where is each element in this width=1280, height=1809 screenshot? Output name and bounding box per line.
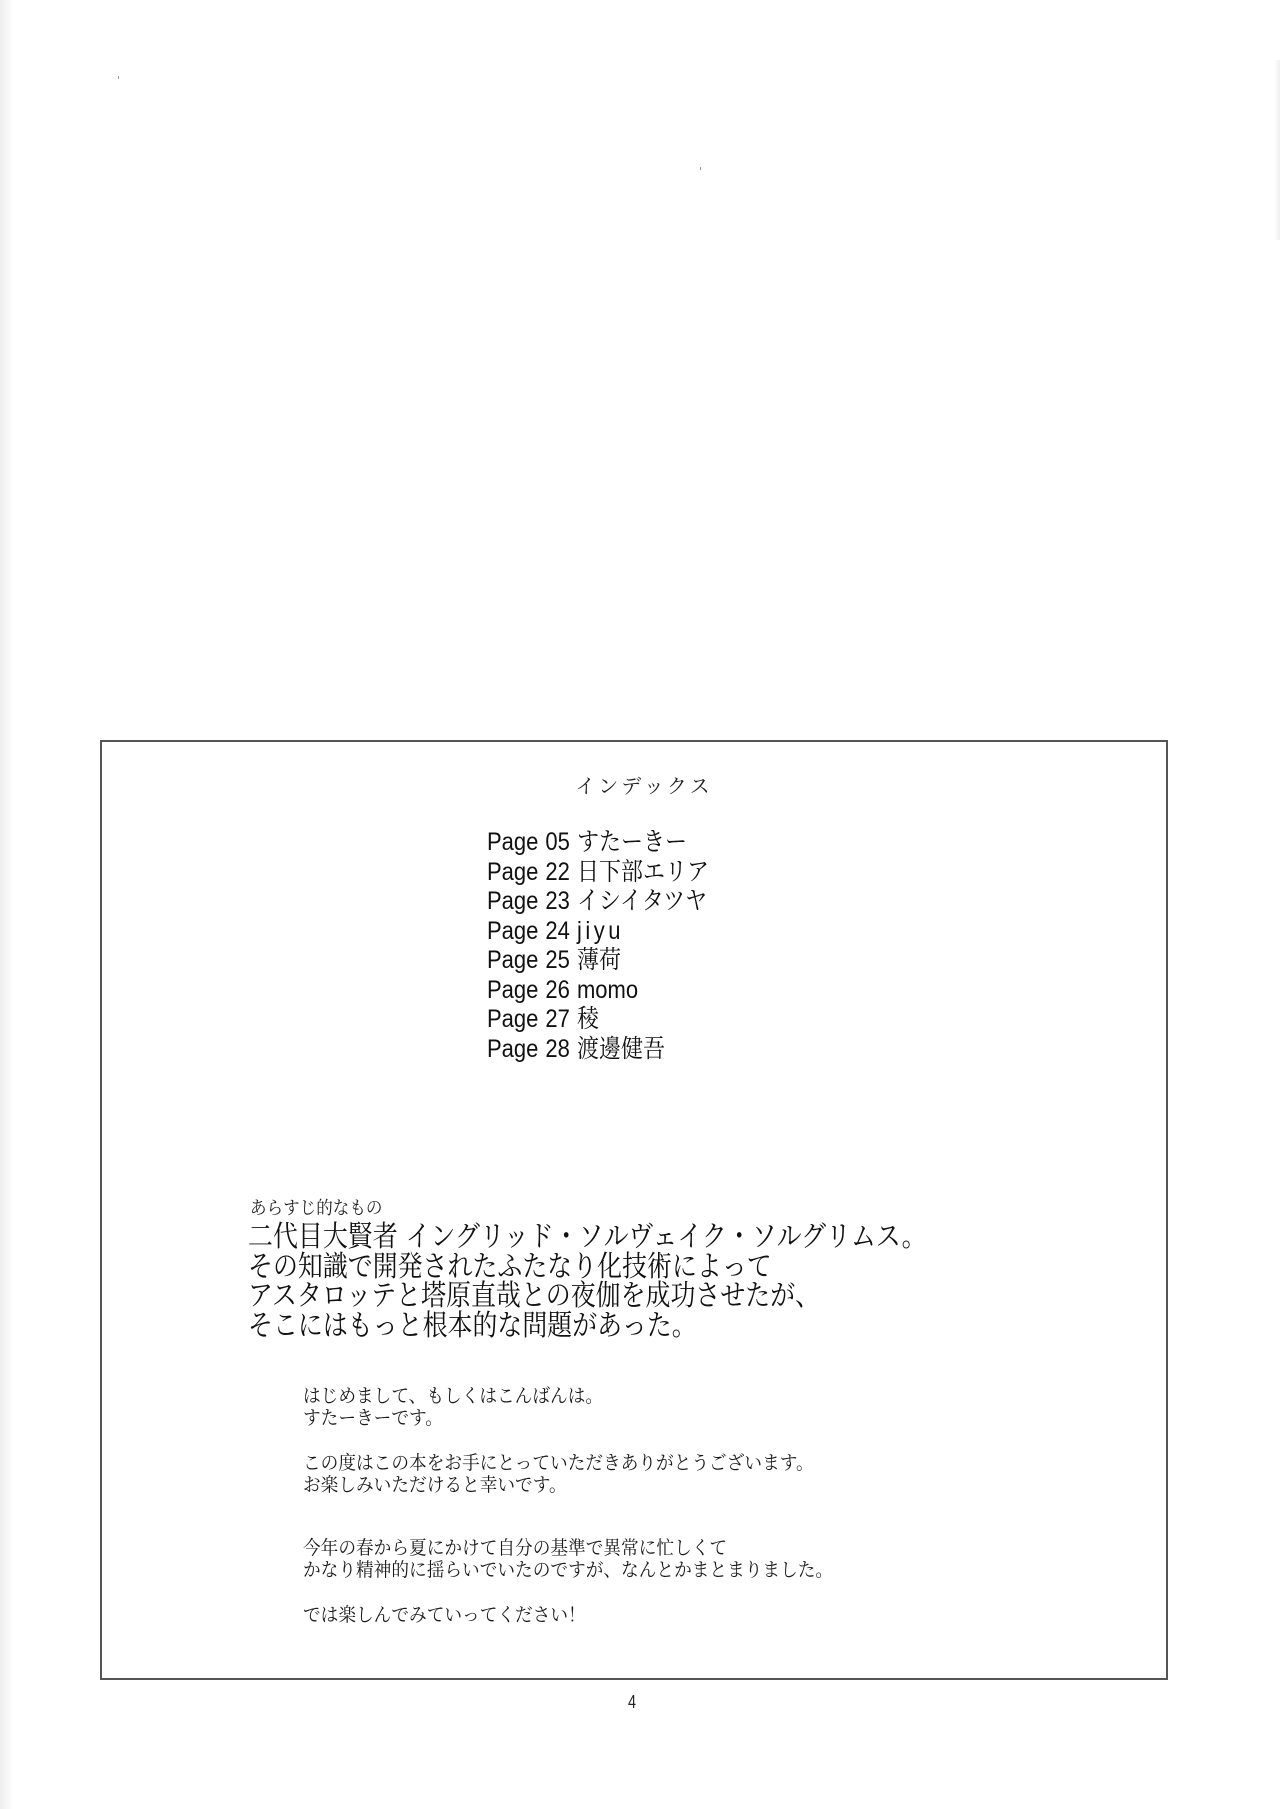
index-title: インデックス	[0, 770, 1280, 799]
greeting-paragraph: はじめまして、もしくはこんばんは。 すたーきーです。	[303, 1386, 1123, 1429]
greeting-line: すたーきーです。	[303, 1408, 1066, 1430]
author-name: 稜	[577, 1005, 599, 1033]
synopsis-line: アスタロッテと塔原直哉との夜伽を成功させたが、	[248, 1281, 927, 1311]
page-label: Page	[487, 946, 538, 974]
author-name: 日下部エリア	[577, 858, 709, 886]
page-label: Page	[487, 917, 538, 945]
author-name: momo	[577, 976, 638, 1004]
index-entry: Page24jiyu	[487, 917, 709, 947]
synopsis-line: その知識で開発されたふたなり化技術によって	[248, 1252, 927, 1282]
index-entry: Page23イシイタツヤ	[487, 887, 709, 917]
greeting-paragraph: 今年の春から夏にかけて自分の基準で異常に忙しくて かなり精神的に揺らいでいたので…	[303, 1538, 1123, 1581]
page-number-ref: 23	[545, 887, 569, 915]
author-name: 薄荷	[577, 946, 621, 974]
scan-speck	[700, 167, 701, 170]
greeting-line: この度はこの本をお手にとっていただきありがとうございます。	[303, 1453, 1066, 1475]
greeting-paragraph: では楽しんでみていってください！	[303, 1605, 1123, 1627]
page-number: 4	[624, 1692, 640, 1713]
page-number-ref: 28	[545, 1035, 569, 1063]
page-number-ref: 24	[545, 917, 569, 945]
page-label: Page	[487, 1005, 538, 1033]
greeting-line: では楽しんでみていってください！	[303, 1605, 1066, 1627]
page-label: Page	[487, 976, 538, 1004]
author-name: 渡邊健吾	[577, 1035, 665, 1063]
greeting-line: 今年の春から夏にかけて自分の基準で異常に忙しくて	[303, 1538, 1066, 1560]
scan-speck	[118, 76, 119, 79]
index-entry: Page25薄荷	[487, 946, 709, 976]
page-number-ref: 22	[545, 858, 569, 886]
index-entry: Page26momo	[487, 976, 709, 1006]
index-list: Page05すたーきー Page22日下部エリア Page23イシイタツヤ Pa…	[487, 828, 739, 1064]
synopsis-line: 二代目大賢者 イングリッド・ソルヴェイク・ソルグリムス。	[248, 1222, 927, 1252]
index-entry: Page05すたーきー	[487, 828, 709, 858]
index-entry: Page28渡邊健吾	[487, 1035, 709, 1065]
index-entry: Page27稜	[487, 1005, 709, 1035]
author-name: イシイタツヤ	[577, 887, 707, 915]
greeting-line: かなり精神的に揺らいでいたのですが、なんとかまとまりました。	[303, 1560, 1066, 1582]
index-entry: Page22日下部エリア	[487, 858, 709, 888]
page-label: Page	[487, 858, 538, 886]
author-greeting: はじめまして、もしくはこんばんは。 すたーきーです。 この度はこの本をお手にとっ…	[303, 1386, 1123, 1651]
page-number-ref: 26	[545, 976, 569, 1004]
greeting-paragraph: この度はこの本をお手にとっていただきありがとうございます。 お楽しみいただけると…	[303, 1453, 1123, 1496]
synopsis: 二代目大賢者 イングリッド・ソルヴェイク・ソルグリムス。 その知識で開発されたふ…	[248, 1222, 1037, 1340]
greeting-line: お楽しみいただけると幸いです。	[303, 1475, 1066, 1497]
greeting-line: はじめまして、もしくはこんばんは。	[303, 1386, 1066, 1408]
scan-shadow-left	[0, 0, 14, 1809]
page-number-ref: 27	[545, 1005, 569, 1033]
page-label: Page	[487, 887, 538, 915]
scan-shadow-right	[1274, 60, 1280, 240]
author-name: すたーきー	[577, 828, 687, 856]
synopsis-line: そこにはもっと根本的な問題があった。	[248, 1311, 927, 1341]
page-label: Page	[487, 828, 538, 856]
page-number-ref: 05	[545, 828, 569, 856]
synopsis-label: あらすじ的なもの	[250, 1198, 382, 1220]
page-number-ref: 25	[545, 946, 569, 974]
author-name: jiyu	[577, 917, 624, 945]
page-label: Page	[487, 1035, 538, 1063]
